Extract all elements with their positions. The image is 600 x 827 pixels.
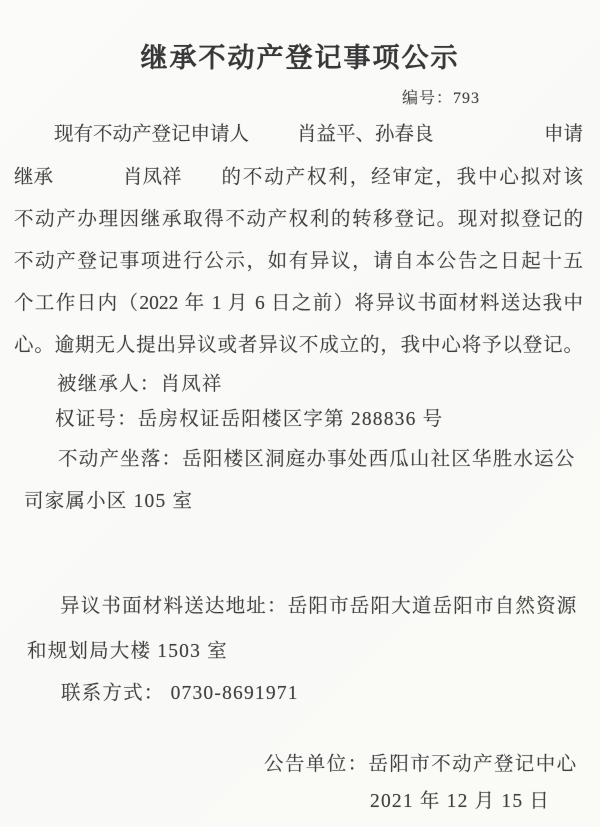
- body-line-1-tail: 申请: [544, 122, 583, 148]
- deceased-person-line: 被继承人：肖凤祥: [57, 372, 223, 398]
- announcement-date: 2021 年 12 月 15 日: [370, 789, 550, 815]
- contact-phone-line: 联系方式： 0730-8691971: [61, 681, 299, 707]
- body-line-2: 继承 肖凤祥 的不动产权利，经审定，我中心拟对该: [14, 165, 583, 192]
- body-line-3: 不动产办理因继承取得不动产权利的转移登记。现对拟登记的: [14, 207, 583, 234]
- body-line-6: 心。逾期无人提出异议或者异议不成立的，我中心将予以登记。: [14, 333, 583, 360]
- document-number: 编号：793: [402, 85, 480, 108]
- document-title: 继承不动产登记事项公示: [0, 36, 600, 75]
- objection-address-line-2: 和规划局大楼 1503 室: [27, 639, 228, 665]
- scanned-notice-page: 继承不动产登记事项公示 编号：793 现有不动产登记申请人 肖益平、孙春良 申请…: [0, 0, 600, 827]
- property-location-line-1: 不动产坐落：岳阳楼区洞庭办事处西瓜山社区华胜水运公: [58, 447, 576, 473]
- body-line-1: 现有不动产登记申请人 肖益平、孙春良 申请: [14, 122, 583, 149]
- body-line-1-lead: 现有不动产登记申请人: [54, 122, 249, 148]
- objection-address-line-1: 异议书面材料送达地址：岳阳市岳阳大道岳阳市自然资源: [60, 594, 578, 620]
- decedent-name: 肖凤祥: [123, 165, 182, 191]
- body-line-2-lead: 继承: [14, 165, 53, 191]
- body-line-2-rest: 的不动产权利，经审定，我中心拟对该: [222, 165, 583, 191]
- applicant-names: 肖益平、孙春良: [297, 122, 434, 148]
- body-line-4: 不动产登记事项进行公示，如有异议，请自本公告之日起十五: [14, 249, 583, 276]
- announcing-unit-line: 公告单位：岳阳市不动产登记中心: [264, 752, 578, 778]
- property-location-line-2: 司家属小区 105 室: [24, 489, 193, 515]
- body-line-5: 个工作日内（2022 年 1 月 6 日之前）将异议书面材料送达我中: [14, 291, 583, 318]
- certificate-number-line: 权证号：岳房权证岳阳楼区字第 288836 号: [55, 407, 443, 433]
